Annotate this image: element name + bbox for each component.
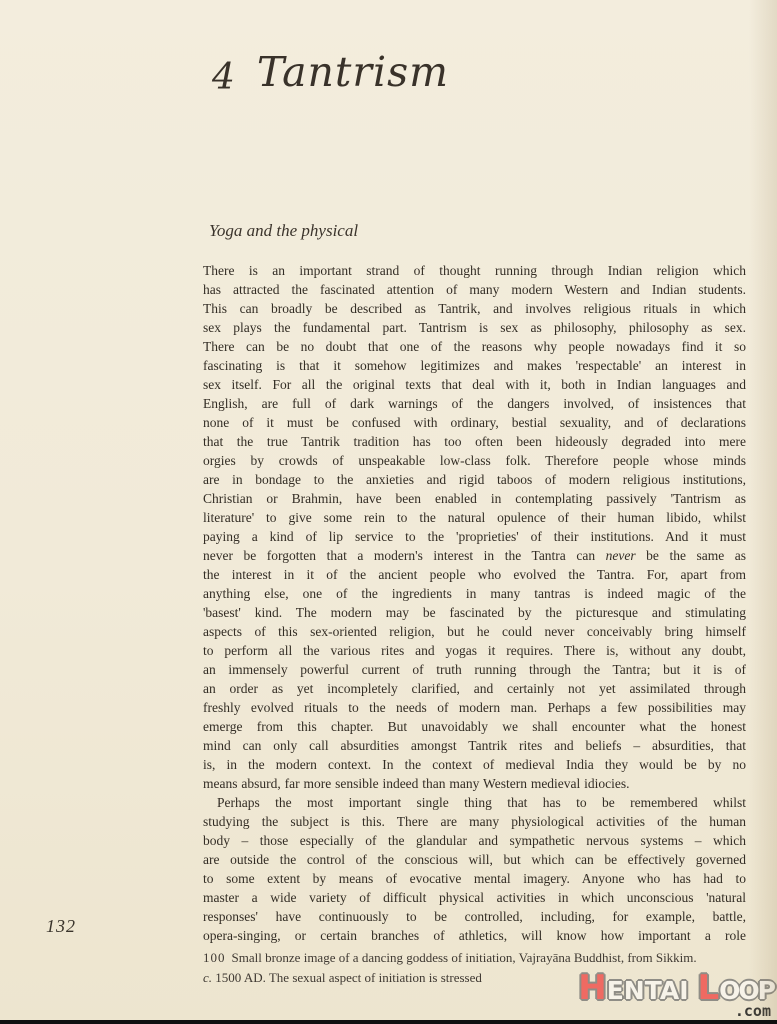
body-line: orgies by crowds of unspeakable low-clas… <box>203 451 746 470</box>
watermark-letter-l: L <box>698 968 720 1008</box>
chapter-number: 4 <box>212 57 235 98</box>
body-line: There is an important strand of thought … <box>203 261 746 280</box>
body-line: anything else, one of the ingredients in… <box>203 584 746 603</box>
body-line: 'basest' kind. The modern may be fascina… <box>203 603 746 622</box>
figure-caption-date-text: 1500 AD. The sexual aspect of initiation… <box>212 970 482 985</box>
body-line: This can broadly be described as Tantrik… <box>203 299 746 318</box>
body-line: has attracted the fascinated attention o… <box>203 280 746 299</box>
body-line: body – those especially of the glandular… <box>203 831 746 850</box>
body-line: aspects of this sex-oriented religion, b… <box>203 622 746 641</box>
body-line: are outside the control of the conscious… <box>203 850 746 869</box>
bottom-black-bar <box>0 1020 777 1024</box>
body-line: mind can only call absurdities amongst T… <box>203 736 746 755</box>
watermark-logo: HENTAILOOP <box>578 971 774 1005</box>
body-line: that the true Tantrik tradition has too … <box>203 432 746 451</box>
watermark-letters-oop: OOP <box>719 976 774 1005</box>
body-line: to some extent by means of evocative men… <box>203 869 746 888</box>
body-line: an order as yet incompletely clarified, … <box>203 679 746 698</box>
body-line: There can be no doubt that one of the re… <box>203 337 746 356</box>
body-line: sex itself. For all the original texts t… <box>203 375 746 394</box>
chapter-name: Tantrism <box>257 48 449 96</box>
body-line: fascinating is that it somehow legitimiz… <box>203 356 746 375</box>
body-line: opera-singing, or certain branches of at… <box>203 926 746 945</box>
section-heading: Yoga and the physical <box>209 221 358 241</box>
body-line: never be forgotten that a modern's inter… <box>203 546 746 565</box>
watermark-letter-h: H <box>578 968 606 1008</box>
figure-caption-line1: 100Small bronze image of a dancing godde… <box>203 948 763 968</box>
body-line: paying a kind of lip service to the 'pro… <box>203 527 746 546</box>
body-line: freshly evolved rituals to the needs of … <box>203 698 746 717</box>
watermark-domain-suffix: .com <box>578 1004 774 1019</box>
body-line: to perform all the various rites and yog… <box>203 641 746 660</box>
body-text: There is an important strand of thought … <box>203 261 746 945</box>
body-line: literature' to give some rein to the nat… <box>203 508 746 527</box>
body-line: an immensely powerful current of truth r… <box>203 660 746 679</box>
body-line: is, in the modern context. In the contex… <box>203 755 746 774</box>
chapter-title: 4Tantrism <box>212 48 449 96</box>
page-edge-shadow <box>749 0 777 1024</box>
body-line: studying the subject is this. There are … <box>203 812 746 831</box>
body-line: Perhaps the most important single thing … <box>203 793 746 812</box>
body-line: Christian or Brahmin, have been enabled … <box>203 489 746 508</box>
book-page-scan: 4Tantrism Yoga and the physical There is… <box>0 0 777 1024</box>
body-line: master a wide variety of difficult physi… <box>203 888 746 907</box>
body-line: the interest in it of the ancient people… <box>203 565 746 584</box>
body-line: are in bondage to the anxieties and rigi… <box>203 470 746 489</box>
body-line: none of it must be confused with ordinar… <box>203 413 746 432</box>
body-line: English, are full of dark warnings of th… <box>203 394 746 413</box>
body-line: sex plays the fundamental part. Tantrism… <box>203 318 746 337</box>
figure-number: 100 <box>203 950 226 965</box>
body-line: responses' have continuously to be contr… <box>203 907 746 926</box>
figure-caption-text: Small bronze image of a dancing goddess … <box>232 950 697 965</box>
circa-abbreviation: c. <box>203 970 212 985</box>
watermark-letters-entai: ENTAI <box>607 976 689 1005</box>
page-number: 132 <box>46 916 76 937</box>
hentailoop-watermark: HENTAILOOP .com <box>578 971 774 1019</box>
body-line: means absurd, far more sensible indeed t… <box>203 774 746 793</box>
body-line: emerge from this chapter. But unavoidabl… <box>203 717 746 736</box>
